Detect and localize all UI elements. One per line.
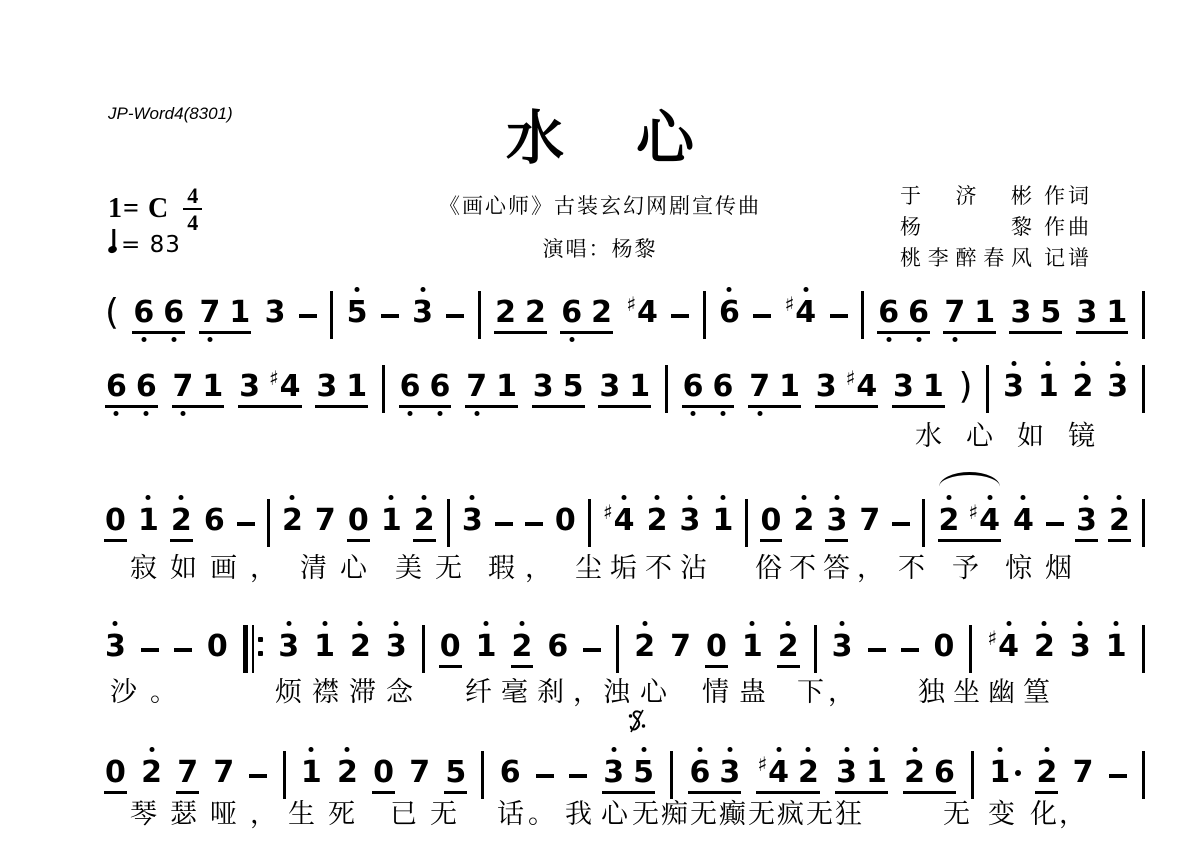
- beam-member: 3: [316, 372, 337, 402]
- note-number: 4: [998, 629, 1019, 664]
- note-number: 3: [239, 369, 260, 404]
- octave-dot-high: [622, 495, 627, 500]
- note-number: 3: [1070, 629, 1091, 664]
- beam-group: 71: [465, 356, 518, 408]
- music-line-1: (66713532262♯46♯466713531: [105, 288, 1145, 334]
- beam-member: 1: [923, 372, 944, 402]
- note-number: 6: [133, 295, 154, 330]
- sharp-icon: ♯: [626, 292, 636, 316]
- note-digit: 6: [908, 298, 929, 328]
- octave-dot-high: [309, 747, 314, 752]
- beam-group: 31: [835, 742, 888, 794]
- segno-icon: [628, 708, 646, 739]
- note-digit: 2: [495, 298, 516, 328]
- beam-group: 66: [682, 356, 735, 408]
- octave-dot-high: [803, 287, 808, 292]
- note: ♯4: [626, 282, 658, 334]
- beam-group: 71: [943, 282, 996, 334]
- note-digit: 2: [141, 758, 162, 788]
- note-digit: 2: [939, 506, 960, 536]
- beam-member: 3: [599, 372, 620, 402]
- beam-member: 1: [346, 372, 367, 402]
- repeat-dot: [258, 651, 263, 656]
- note-number: 2: [525, 295, 546, 330]
- duration-dash: [536, 774, 554, 778]
- beam-member: 3: [719, 758, 740, 788]
- note-digit: 3: [1070, 632, 1091, 662]
- barline: [745, 499, 748, 547]
- note-digit: 2: [337, 758, 358, 788]
- note-number: 7: [859, 503, 880, 538]
- note-number: 1: [974, 295, 995, 330]
- octave-dot-high: [394, 621, 399, 626]
- note-number: 7: [213, 755, 234, 790]
- note-number: 7: [944, 295, 965, 330]
- note-digit: 3: [836, 758, 857, 788]
- repeat-dot: [258, 637, 263, 642]
- beam-group: 35: [602, 742, 655, 794]
- octave-dot-high: [655, 495, 660, 500]
- note-digit: 7: [859, 506, 880, 536]
- note-number: 3: [278, 629, 299, 664]
- note-digit: 3: [386, 632, 407, 662]
- note: 7: [409, 742, 430, 794]
- note-number: 2: [798, 755, 819, 790]
- beam-group: 62: [560, 282, 613, 334]
- octave-dot-high: [776, 747, 781, 752]
- barline: [665, 365, 668, 413]
- beam-member: 3: [893, 372, 914, 402]
- note-number: 2: [904, 755, 925, 790]
- barline: [922, 499, 925, 547]
- octave-dot-high: [149, 747, 154, 752]
- beam-member: 6: [430, 372, 451, 402]
- note-number: 1: [496, 369, 517, 404]
- octave-dot-high: [113, 621, 118, 626]
- note-digit: 1: [476, 632, 497, 662]
- lyric-segment: 予: [952, 552, 979, 584]
- note-digit: 3: [316, 372, 337, 402]
- beam-member: 6: [136, 372, 157, 402]
- octave-dot-high: [422, 495, 427, 500]
- note: 1: [1106, 616, 1127, 668]
- note: 3: [1107, 356, 1128, 408]
- note-digit: 3: [1010, 298, 1031, 328]
- note: 3: [462, 490, 483, 542]
- beam-member: 6: [163, 298, 184, 328]
- note: 3: [278, 616, 299, 668]
- octave-dot-high: [286, 621, 291, 626]
- note-digit: 2: [793, 506, 814, 536]
- duration-dash: [671, 314, 689, 318]
- note-digit: 1: [496, 372, 517, 402]
- beam-member: 3: [603, 758, 624, 788]
- note-digit: 1: [742, 632, 763, 662]
- beam-member: ♯4: [846, 372, 878, 402]
- beam-group: 35: [532, 356, 585, 408]
- note-digit: 6: [683, 372, 704, 402]
- octave-dot-high: [519, 621, 524, 626]
- duration-dash: [1109, 774, 1127, 778]
- note-digit: 1: [301, 758, 322, 788]
- note-number: 5: [347, 295, 368, 330]
- note-number: 0: [105, 755, 126, 790]
- note-digit: 6: [719, 298, 740, 328]
- beam-member: 6: [400, 372, 421, 402]
- octave-dot-high: [1011, 361, 1016, 366]
- sharp-icon: ♯: [987, 626, 997, 650]
- barline: [447, 499, 450, 547]
- note-number: 0: [348, 503, 369, 538]
- note-digit: 3: [603, 758, 624, 788]
- note-number: 3: [533, 369, 554, 404]
- octave-dot-low: [141, 337, 146, 342]
- octave-dot-high: [470, 495, 475, 500]
- duration-dash: [569, 774, 587, 778]
- credit-name-char: 黎: [1011, 212, 1032, 243]
- note-digit: 3: [1003, 372, 1024, 402]
- beam-group-slurred: 2♯4: [938, 490, 1001, 542]
- note-digit: 4: [768, 758, 789, 788]
- barline: [330, 291, 333, 339]
- note-digit: 1: [713, 506, 734, 536]
- note: ♯4: [987, 616, 1019, 668]
- note-number: 3: [1003, 369, 1024, 404]
- note-number: 0: [934, 629, 955, 664]
- beam-member: 5: [1040, 298, 1061, 328]
- barline: [478, 291, 481, 339]
- credit-name-char: 杨: [900, 212, 921, 243]
- note: 4: [1013, 490, 1034, 542]
- octave-dot-high: [1080, 361, 1085, 366]
- barline: [1142, 365, 1145, 413]
- note-number: 1: [742, 629, 763, 664]
- beam-member: 1: [1106, 298, 1127, 328]
- beam-member: 2: [798, 758, 819, 788]
- beam-member: 6: [561, 298, 582, 328]
- lyric-segment: 寂如画，: [130, 552, 290, 584]
- note-digit: 1: [314, 632, 335, 662]
- note-digit: 1: [974, 298, 995, 328]
- note-number: 4: [1013, 503, 1034, 538]
- note-digit: 7: [177, 758, 198, 788]
- credit-role: 作曲: [1044, 212, 1092, 243]
- duration-dash: [525, 522, 543, 526]
- note-number: 4: [637, 295, 658, 330]
- note-digit: 1: [346, 372, 367, 402]
- note: 2: [1036, 742, 1057, 794]
- beam-member: ♯4: [269, 372, 301, 402]
- note: 2: [350, 616, 371, 668]
- barline: [422, 625, 425, 673]
- note: 0: [934, 616, 955, 668]
- sharp-icon: ♯: [785, 292, 795, 316]
- note-digit: 0: [706, 632, 727, 662]
- octave-dot-high: [801, 495, 806, 500]
- octave-dot-high: [358, 621, 363, 626]
- note: ♯4: [603, 490, 635, 542]
- note-number: 1: [779, 369, 800, 404]
- note-number: 2: [1073, 369, 1094, 404]
- note: 1: [301, 742, 322, 794]
- lyric-segment: 无痴无癫无疯无狂: [632, 798, 864, 830]
- note-digit: 3: [1107, 372, 1128, 402]
- augmentation-dot: [1015, 770, 1021, 776]
- note-digit: 6: [878, 298, 899, 328]
- note-number: 0: [373, 755, 394, 790]
- beam-member: 1: [629, 372, 650, 402]
- note-number: 3: [719, 755, 740, 790]
- note: 0: [761, 490, 782, 542]
- beam-member: 2: [939, 506, 960, 536]
- note-number: 1: [1106, 629, 1127, 664]
- note-digit: 2: [282, 506, 303, 536]
- note-digit: 0: [348, 506, 369, 536]
- note: 1: [989, 742, 1021, 794]
- note-digit: 2: [414, 506, 435, 536]
- note: 7: [859, 490, 880, 542]
- lyric-segment: 惊烟: [1005, 552, 1085, 584]
- octave-dot-high: [874, 747, 879, 752]
- octave-dot-high: [1115, 361, 1120, 366]
- note: 0: [105, 490, 126, 542]
- note-digit: 1: [229, 298, 250, 328]
- credit-name: 桃李醉春风: [900, 243, 1032, 274]
- note: 2: [647, 490, 668, 542]
- octave-dot-low: [180, 411, 185, 416]
- note: 7: [670, 616, 691, 668]
- note: 0: [105, 742, 126, 794]
- note: 1: [742, 616, 763, 668]
- note: 2: [414, 490, 435, 542]
- note: 6: [719, 282, 740, 334]
- note-number: 3: [1076, 503, 1097, 538]
- note-number: 2: [778, 629, 799, 664]
- duration-dash: [868, 648, 886, 652]
- octave-dot-high: [1021, 495, 1026, 500]
- barline: [969, 625, 972, 673]
- barline: [814, 625, 817, 673]
- note: 2: [1034, 616, 1055, 668]
- note-digit: 6: [400, 372, 421, 402]
- octave-dot-high: [290, 495, 295, 500]
- note-number: 0: [761, 503, 782, 538]
- note-digit: 2: [647, 506, 668, 536]
- note-digit: 0: [440, 632, 461, 662]
- note-digit: 3: [1076, 506, 1097, 536]
- beam-member: ♯4: [968, 506, 1000, 536]
- note-digit: 6: [561, 298, 582, 328]
- note-number: 2: [939, 503, 960, 538]
- note-digit: 2: [525, 298, 546, 328]
- octave-dot-high: [389, 495, 394, 500]
- note-digit: 4: [1013, 506, 1034, 536]
- note-digit: 1: [866, 758, 887, 788]
- note-number: 1: [713, 503, 734, 538]
- beam-member: 6: [133, 298, 154, 328]
- note-digit: 4: [614, 506, 635, 536]
- note-digit: 3: [599, 372, 620, 402]
- sharp-icon: ♯: [968, 500, 978, 524]
- beam-member: 6: [934, 758, 955, 788]
- note-digit: 2: [350, 632, 371, 662]
- note-number: 2: [495, 295, 516, 330]
- note-digit: 3: [239, 372, 260, 402]
- lyric-segment: 沙。: [110, 676, 190, 708]
- credit-name-char: 济: [956, 181, 977, 212]
- note: 1: [713, 490, 734, 542]
- octave-dot-low: [144, 411, 149, 416]
- beam-group: 22: [494, 282, 547, 334]
- parenthesis: (: [105, 295, 119, 334]
- lyric-segment: 独坐幽篁: [918, 676, 1058, 708]
- note-digit: 1: [202, 372, 223, 402]
- note-digit: 7: [944, 298, 965, 328]
- note-number: 2: [337, 755, 358, 790]
- beam-member: 1: [974, 298, 995, 328]
- octave-dot-high: [1078, 621, 1083, 626]
- octave-dot-low: [757, 411, 762, 416]
- note: 0: [555, 490, 576, 542]
- note-number: 3: [316, 369, 337, 404]
- note: 3: [1003, 356, 1024, 408]
- beam-group: 3♯4: [815, 356, 878, 408]
- octave-dot-low: [408, 411, 413, 416]
- duration-dash: [446, 314, 464, 318]
- lyric-segment: 水心如镜: [915, 420, 1119, 452]
- note-number: 3: [1010, 295, 1031, 330]
- note: ♯4: [785, 282, 817, 334]
- barline: [670, 751, 673, 799]
- note-digit: 1: [138, 506, 159, 536]
- beam-group: ♯42: [756, 742, 819, 794]
- note-digit: 0: [761, 506, 782, 536]
- note-number: 1: [381, 503, 402, 538]
- beam-member: 1: [229, 298, 250, 328]
- note-number: 0: [105, 503, 126, 538]
- credit-name-char: 于: [900, 181, 921, 212]
- octave-dot-high: [786, 621, 791, 626]
- octave-dot-high: [727, 747, 732, 752]
- octave-dot-high: [641, 747, 646, 752]
- lyric-segment: 俗不答，: [755, 552, 891, 584]
- note-digit: 1: [923, 372, 944, 402]
- note: 1: [1038, 356, 1059, 408]
- note-number: 6: [719, 295, 740, 330]
- duration-dash: [753, 314, 771, 318]
- octave-dot-low: [437, 411, 442, 416]
- barline: [283, 751, 286, 799]
- note-number: 3: [836, 755, 857, 790]
- note-number: 4: [614, 503, 635, 538]
- note-number: 3: [826, 503, 847, 538]
- beam-member: 7: [749, 372, 770, 402]
- duration-dash: [249, 774, 267, 778]
- beam-member: 3: [239, 372, 260, 402]
- note-digit: 3: [893, 372, 914, 402]
- sharp-icon: ♯: [846, 366, 856, 390]
- note-number: 6: [561, 295, 582, 330]
- note-number: 7: [200, 295, 221, 330]
- note-digit: 0: [105, 506, 126, 536]
- note-number: 4: [795, 295, 816, 330]
- note-digit: 1: [381, 506, 402, 536]
- note-number: 6: [934, 755, 955, 790]
- note-number: 6: [400, 369, 421, 404]
- note-digit: 2: [1036, 758, 1057, 788]
- note-number: 3: [105, 629, 126, 664]
- note-digit: 4: [795, 298, 816, 328]
- beam-group: 31: [598, 356, 651, 408]
- lyric-segment: 我心: [565, 798, 637, 830]
- credit-name: 杨黎: [900, 212, 1032, 243]
- octave-dot-high: [1117, 495, 1122, 500]
- note-number: 6: [136, 369, 157, 404]
- note-digit: 7: [315, 506, 336, 536]
- note-digit: 1: [629, 372, 650, 402]
- octave-dot-low: [691, 411, 696, 416]
- note: 0: [373, 742, 394, 794]
- note: 0: [348, 490, 369, 542]
- note: 1: [314, 616, 335, 668]
- sheet-music-page: JP-Word4(8301) 水心 1= C 4 4 = 83 《画心师》古装玄…: [0, 0, 1200, 850]
- note-digit: 1: [1106, 298, 1127, 328]
- beam-member: 7: [173, 372, 194, 402]
- note-number: 7: [315, 503, 336, 538]
- note-number: 0: [706, 629, 727, 664]
- credit-name-char: 风: [1011, 243, 1032, 274]
- lyric-segment: 变: [988, 798, 1015, 830]
- note-digit: 5: [1040, 298, 1061, 328]
- beam-member: 2: [525, 298, 546, 328]
- lyric-segment: 浊心: [603, 676, 677, 708]
- note: 3: [265, 282, 286, 334]
- lyric-segment: 烦襟滞念: [275, 676, 423, 708]
- note-digit: 5: [347, 298, 368, 328]
- lyric-segment: 下，: [797, 676, 859, 708]
- note-digit: 7: [200, 298, 221, 328]
- note-number: 6: [547, 629, 568, 664]
- note-number: 0: [440, 629, 461, 664]
- octave-dot-high: [179, 495, 184, 500]
- note-digit: 5: [563, 372, 584, 402]
- note: 3: [412, 282, 433, 334]
- note: 2: [337, 742, 358, 794]
- note-digit: 0: [207, 632, 228, 662]
- lyric-segment: 尘垢不沾: [575, 552, 715, 584]
- note: 0: [440, 616, 461, 668]
- lyric-segment: 无: [943, 798, 970, 830]
- lyric-segment: 清心: [300, 552, 380, 584]
- note: 6: [204, 490, 225, 542]
- duration-dash: [1046, 522, 1064, 526]
- octave-dot-high: [987, 495, 992, 500]
- note-digit: 3: [816, 372, 837, 402]
- note-number: 1: [301, 755, 322, 790]
- octave-dot-high: [355, 287, 360, 292]
- beam-member: 6: [683, 372, 704, 402]
- octave-dot-high: [1046, 361, 1051, 366]
- credits-block: 于济彬作词杨黎作曲桃李醉春风记谱: [900, 181, 1092, 274]
- note: 6: [547, 616, 568, 668]
- repeat-sign: [243, 625, 264, 668]
- song-title: 水心: [0, 110, 1200, 168]
- barline: [588, 499, 591, 547]
- note-digit: 3: [826, 506, 847, 536]
- barline: [1142, 625, 1145, 673]
- octave-dot-low: [474, 411, 479, 416]
- beam-member: 3: [533, 372, 554, 402]
